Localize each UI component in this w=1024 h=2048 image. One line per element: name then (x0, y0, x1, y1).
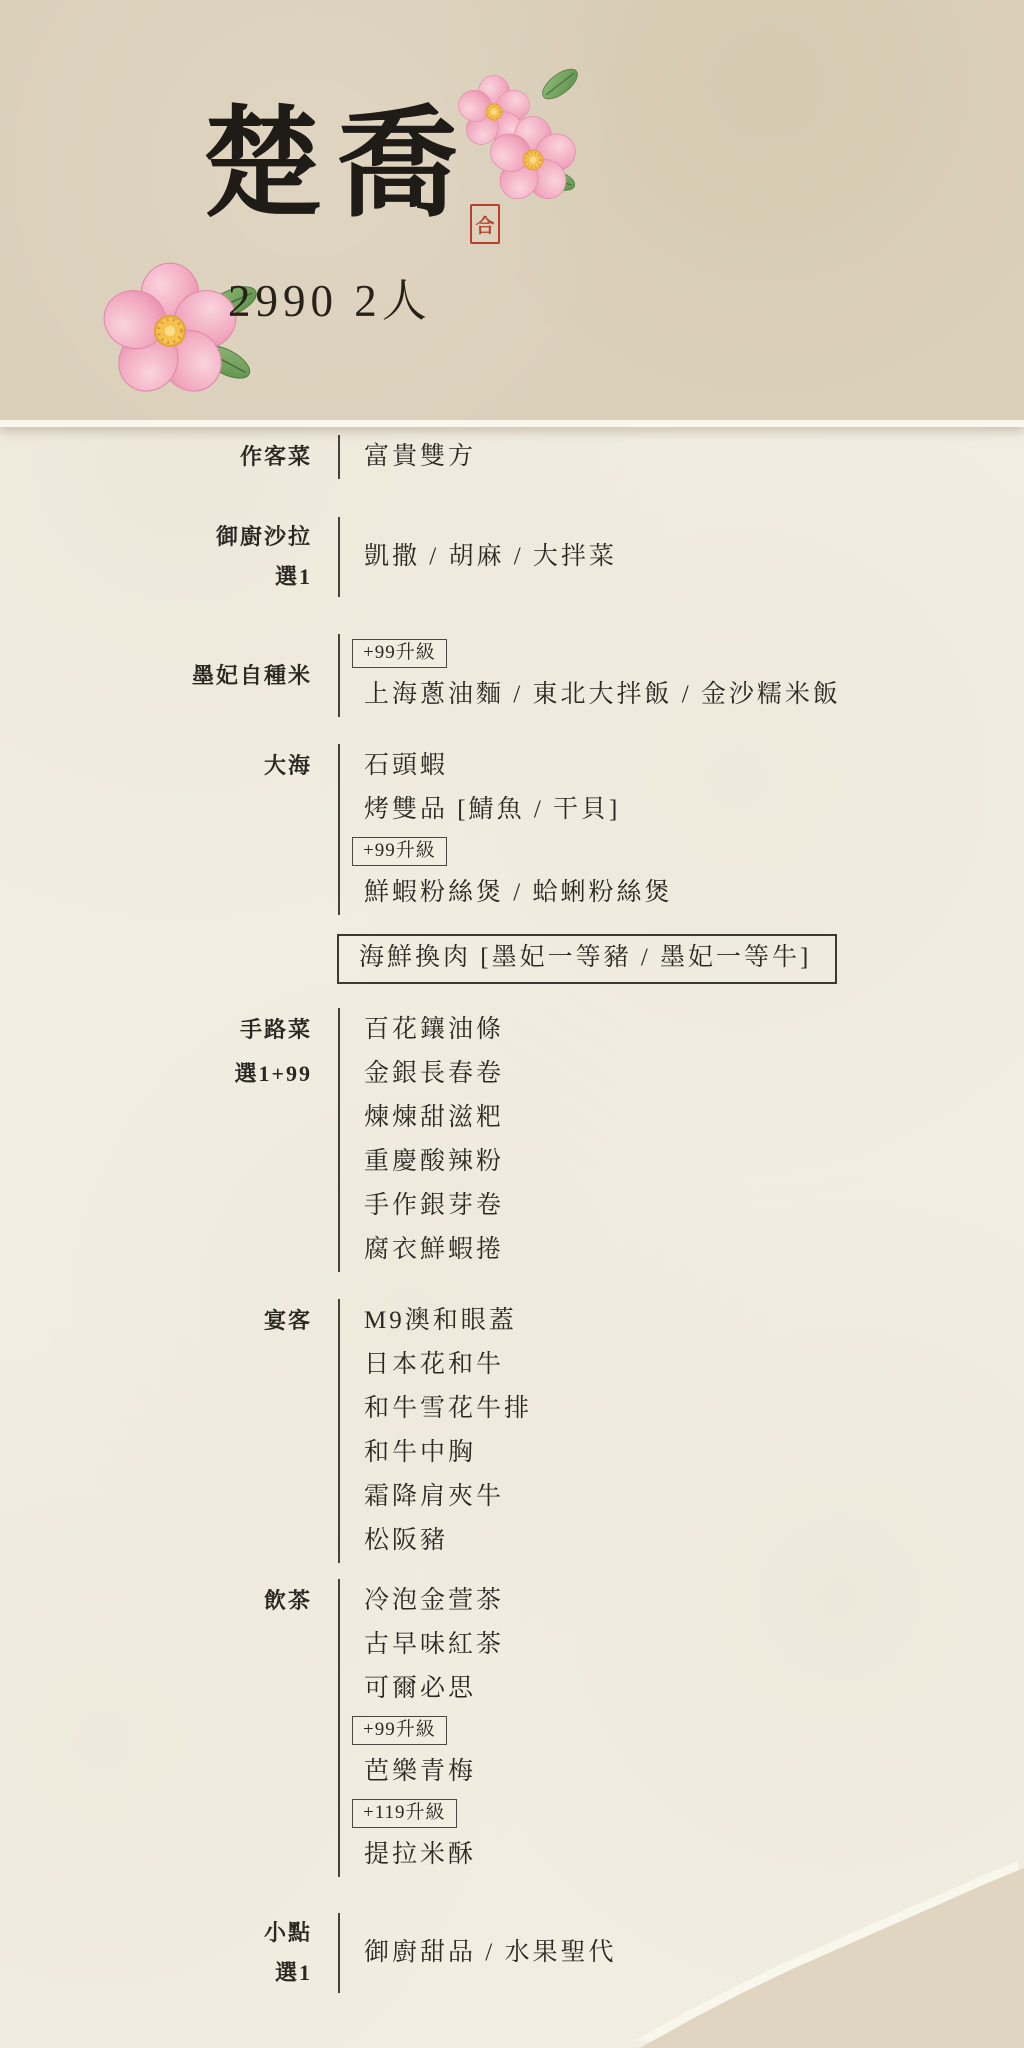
menu-section: 墨妃自種米+99升級上海蔥油麵 / 東北大拌飯 / 金沙糯米飯 (0, 634, 1024, 717)
header-paper-band (0, 0, 1024, 420)
dish-item: 重慶酸辣粉 (364, 1140, 504, 1184)
dish-item: 石頭蝦 (364, 744, 672, 788)
section-items: +99升級上海蔥油麵 / 東北大拌飯 / 金沙糯米飯 (338, 634, 841, 717)
section-label: 宴客 (0, 1299, 338, 1563)
section-label-line: 御廚沙拉 (0, 517, 312, 557)
section-items: 御廚甜品 / 水果聖代 (338, 1913, 616, 1993)
seal-stamp-icon: 合 (470, 204, 500, 244)
dish-item: 手作銀芽卷 (364, 1184, 504, 1228)
dish-item: 可爾必思 (364, 1667, 504, 1711)
section-label: 小點選1 (0, 1913, 338, 1993)
menu-section: 小點選1御廚甜品 / 水果聖代 (0, 1913, 1024, 1993)
upgrade-badge: +99升級 (352, 639, 447, 668)
dish-item: 腐衣鮮蝦捲 (364, 1228, 504, 1272)
dish-item: 鮮蝦粉絲煲 / 蛤蜊粉絲煲 (364, 871, 672, 915)
price-line: 2990 2人 (228, 264, 432, 329)
upgrade-badge: +99升級 (352, 1716, 447, 1745)
dish-item: 凱撒 / 胡麻 / 大拌菜 (364, 535, 617, 579)
menu-section: 宴客M9澳和眼蓋日本花和牛和牛雪花牛排和牛中胸霜降肩夾牛松阪豬 (0, 1299, 1024, 1563)
upgrade-badge: +119升級 (352, 1799, 457, 1828)
section-label: 大海 (0, 744, 338, 915)
menu-section: 御廚沙拉選1凱撒 / 胡麻 / 大拌菜 (0, 517, 1024, 597)
section-label-line: 選1+99 (0, 1052, 312, 1096)
section-label: 飲茶 (0, 1579, 338, 1877)
dish-item: M9澳和眼蓋 (364, 1299, 532, 1343)
dish-item: 和牛雪花牛排 (364, 1387, 532, 1431)
section-label-line: 大海 (0, 744, 312, 788)
section-label-line: 小點 (0, 1913, 312, 1953)
dish-item: 冷泡金萱茶 (364, 1579, 504, 1623)
dish-item: 提拉米酥 (364, 1833, 504, 1877)
upgrade-badge: +99升級 (352, 837, 447, 866)
dish-item: 芭樂青梅 (364, 1750, 504, 1794)
section-items: M9澳和眼蓋日本花和牛和牛雪花牛排和牛中胸霜降肩夾牛松阪豬 (338, 1299, 532, 1563)
section-label: 手路菜選1+99 (0, 1008, 338, 1272)
section-items: 百花鑲油條金銀長春卷煉煉甜滋粑重慶酸辣粉手作銀芽卷腐衣鮮蝦捲 (338, 1008, 504, 1272)
highlight-box: 海鮮換肉 [墨妃一等豬 / 墨妃一等牛] (337, 934, 837, 984)
dish-item: 百花鑲油條 (364, 1008, 504, 1052)
section-label-line: 手路菜 (0, 1008, 312, 1052)
section-label: 墨妃自種米 (0, 634, 338, 717)
section-label-line: 選1 (0, 557, 312, 597)
dish-item: 烤雙品 [鯖魚 / 干貝] (364, 788, 672, 832)
menu-page: 楚喬 合 2990 2人 (0, 0, 1024, 2048)
menu-section: 作客菜富貴雙方 (0, 435, 1024, 479)
dish-item: 富貴雙方 (364, 435, 476, 479)
menu-section: 手路菜選1+99百花鑲油條金銀長春卷煉煉甜滋粑重慶酸辣粉手作銀芽卷腐衣鮮蝦捲 (0, 1008, 1024, 1272)
dish-item: 御廚甜品 / 水果聖代 (364, 1931, 616, 1975)
section-label: 御廚沙拉選1 (0, 517, 338, 597)
section-label-line: 作客菜 (0, 437, 312, 477)
menu-section: 大海石頭蝦烤雙品 [鯖魚 / 干貝]+99升級鮮蝦粉絲煲 / 蛤蜊粉絲煲海鮮換肉… (0, 744, 1024, 984)
dish-item: 金銀長春卷 (364, 1052, 504, 1096)
menu-section: 飲茶冷泡金萱茶古早味紅茶可爾必思+99升級芭樂青梅+119升級提拉米酥 (0, 1579, 1024, 1877)
dish-item: 和牛中胸 (364, 1431, 532, 1475)
dish-item: 煉煉甜滋粑 (364, 1096, 504, 1140)
section-items: 石頭蝦烤雙品 [鯖魚 / 干貝]+99升級鮮蝦粉絲煲 / 蛤蜊粉絲煲 (338, 744, 672, 915)
section-label-line: 飲茶 (0, 1579, 312, 1623)
section-label-line: 選1 (0, 1953, 312, 1993)
dish-item: 上海蔥油麵 / 東北大拌飯 / 金沙糯米飯 (364, 673, 841, 717)
dish-item: 霜降肩夾牛 (364, 1475, 532, 1519)
restaurant-title: 楚喬 (202, 96, 474, 234)
section-label-line: 宴客 (0, 1299, 312, 1343)
menu-body: 作客菜富貴雙方御廚沙拉選1凱撒 / 胡麻 / 大拌菜墨妃自種米+99升級上海蔥油… (0, 435, 1024, 1993)
section-items: 富貴雙方 (338, 435, 476, 479)
dish-item: 日本花和牛 (364, 1343, 532, 1387)
section-items: 凱撒 / 胡麻 / 大拌菜 (338, 517, 617, 597)
section-label-line: 墨妃自種米 (0, 656, 312, 696)
dish-item: 松阪豬 (364, 1519, 532, 1563)
dish-item: 古早味紅茶 (364, 1623, 504, 1667)
section-items: 冷泡金萱茶古早味紅茶可爾必思+99升級芭樂青梅+119升級提拉米酥 (338, 1579, 504, 1877)
section-label: 作客菜 (0, 435, 338, 479)
